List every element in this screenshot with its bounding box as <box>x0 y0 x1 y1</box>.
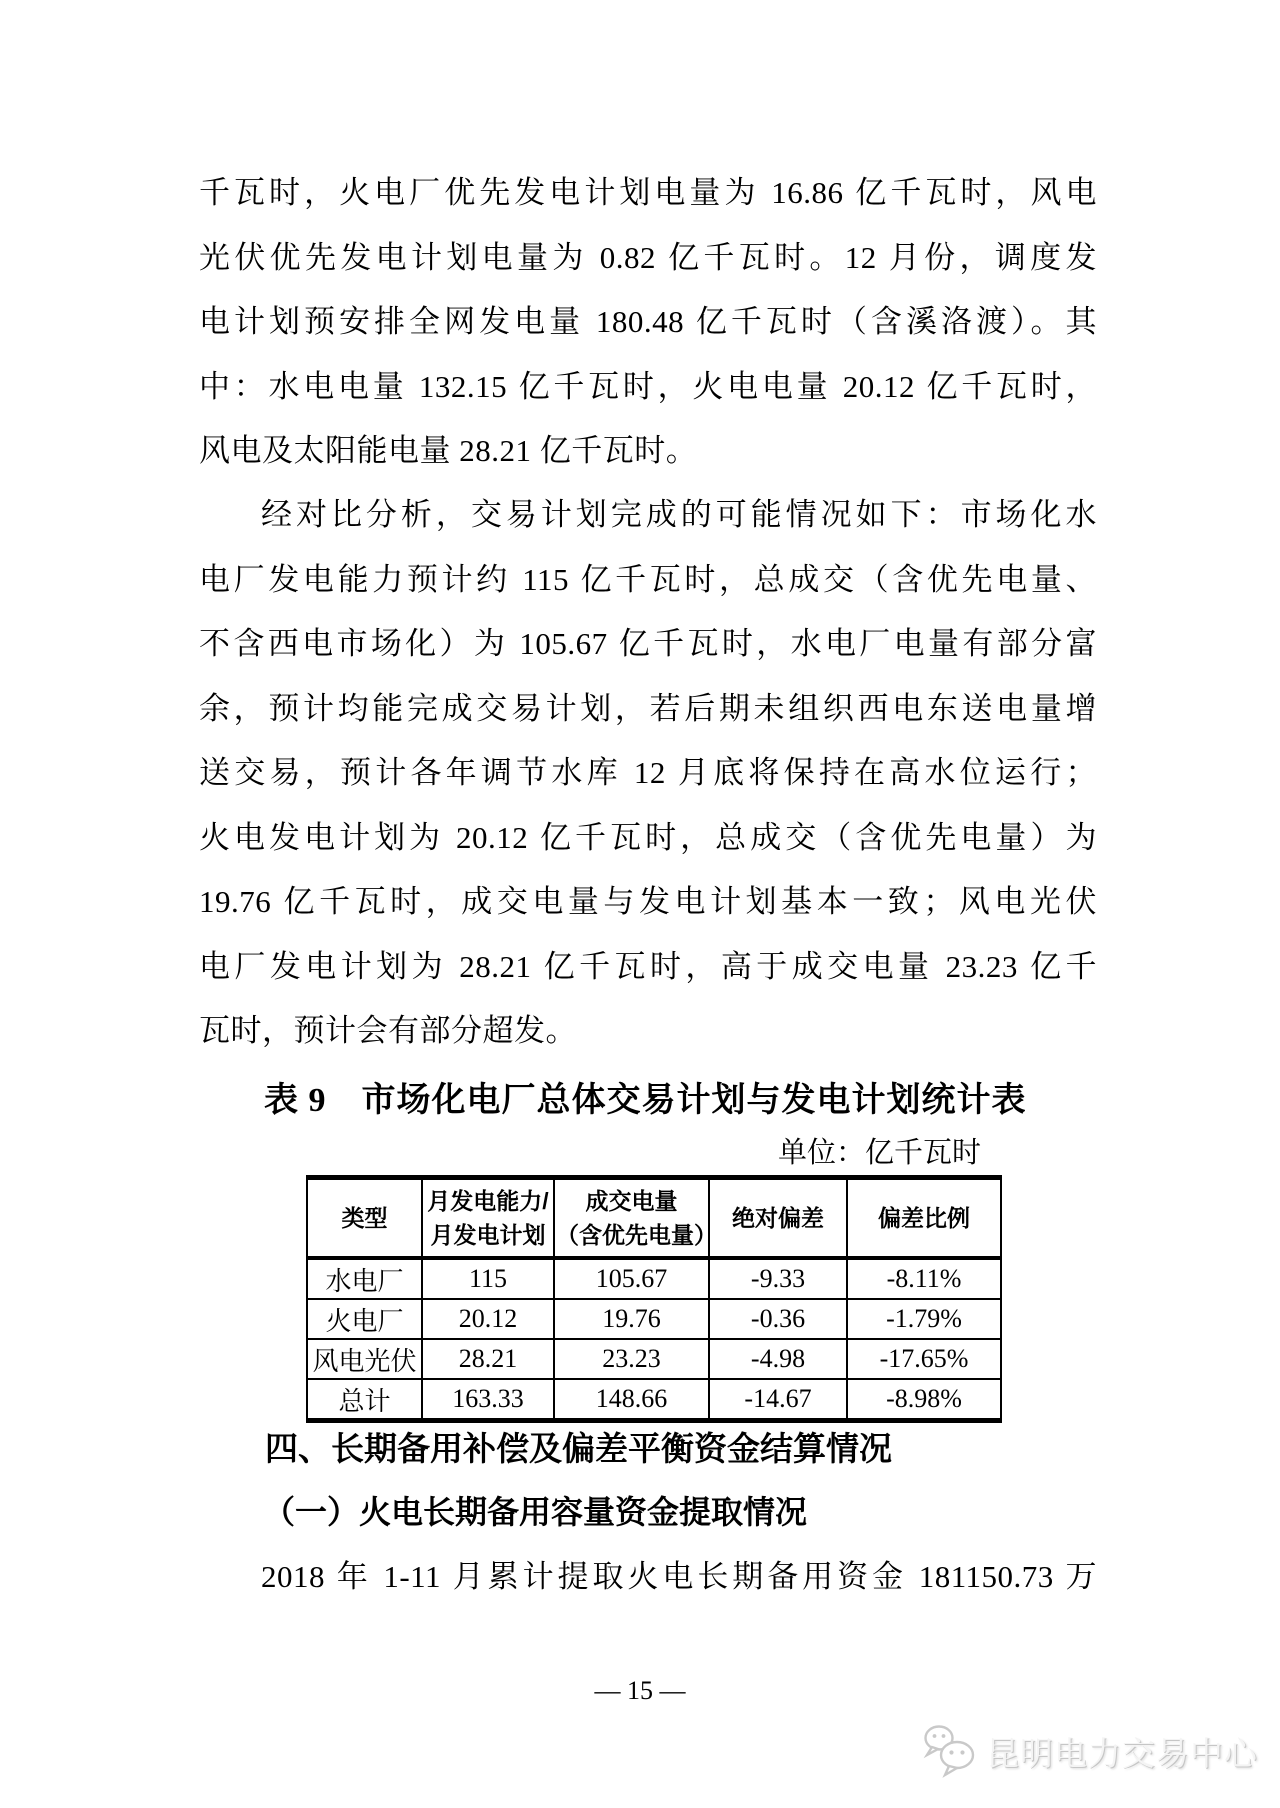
table-title: 表 9 市场化电厂总体交易计划与发电计划统计表 <box>264 1079 1027 1123</box>
table-row: 火电厂 20.12 19.76 -0.36 -1.79% <box>307 1299 1001 1339</box>
table-cell: 总计 <box>307 1379 422 1421</box>
table-header-row: 类型 月发电能力/ 月发电计划 成交电量 （含优先电量） 绝对偏差 偏差比例 <box>307 1178 1001 1259</box>
table-cell: 20.12 <box>422 1299 554 1339</box>
table-cell: 163.33 <box>422 1379 554 1421</box>
document-page: 千瓦时，火电厂优先发电计划电量为 16.86 亿千瓦时，风电 光伏优先发电计划电… <box>0 0 1280 1808</box>
table-cell: 28.21 <box>422 1339 554 1379</box>
table-cell: 水电厂 <box>307 1258 422 1299</box>
body-line: 余，预计均能完成交易计划，若后期未组织西电东送电量增 <box>199 677 1097 742</box>
table-cell: -9.33 <box>709 1258 847 1299</box>
wechat-icon <box>922 1724 978 1778</box>
table-body: 水电厂 115 105.67 -9.33 -8.11% 火电厂 20.12 19… <box>307 1258 1001 1421</box>
paragraph-3: 2018 年 1-11 月累计提取火电长期备用资金 181150.73 万 <box>199 1556 1097 1598</box>
body-line: 电厂发电能力预计约 115 亿千瓦时，总成交（含优先电量、 <box>199 548 1097 613</box>
table-row: 总计 163.33 148.66 -14.67 -8.98% <box>307 1379 1001 1421</box>
table-cell: -8.11% <box>847 1258 1001 1299</box>
table-cell: -4.98 <box>709 1339 847 1379</box>
table-cell: 105.67 <box>554 1258 709 1299</box>
body-line: 电计划预安排全网发电量 180.48 亿千瓦时（含溪洛渡）。其 <box>199 290 1097 355</box>
watermark: 昆明电力交易中心 <box>922 1724 1258 1778</box>
table-cell: -8.98% <box>847 1379 1001 1421</box>
paragraph-2: 经对比分析，交易计划完成的可能情况如下：市场化水 电厂发电能力预计约 115 亿… <box>199 483 1097 1064</box>
table-cell: 火电厂 <box>307 1299 422 1339</box>
table-cell: 23.23 <box>554 1339 709 1379</box>
table-header-cell: 成交电量 （含优先电量） <box>554 1178 709 1259</box>
paragraph-1: 千瓦时，火电厂优先发电计划电量为 16.86 亿千瓦时，风电 光伏优先发电计划电… <box>199 161 1097 484</box>
table-cell: -14.67 <box>709 1379 847 1421</box>
body-line: 不含西电市场化）为 105.67 亿千瓦时，水电厂电量有部分富 <box>199 612 1097 677</box>
body-line: 千瓦时，火电厂优先发电计划电量为 16.86 亿千瓦时，风电 <box>199 161 1097 226</box>
table-cell: 风电光伏 <box>307 1339 422 1379</box>
body-line: 光伏优先发电计划电量为 0.82 亿千瓦时。12 月份，调度发 <box>199 226 1097 291</box>
body-line: 火电发电计划为 20.12 亿千瓦时，总成交（含优先电量）为 <box>199 806 1097 871</box>
body-line: 经对比分析，交易计划完成的可能情况如下：市场化水 <box>199 483 1097 548</box>
watermark-text: 昆明电力交易中心 <box>986 1728 1258 1775</box>
table-cell: -1.79% <box>847 1299 1001 1339</box>
table-cell: 19.76 <box>554 1299 709 1339</box>
table-cell: 115 <box>422 1258 554 1299</box>
table-cell: -0.36 <box>709 1299 847 1339</box>
table-row: 风电光伏 28.21 23.23 -4.98 -17.65% <box>307 1339 1001 1379</box>
body-line: 送交易，预计各年调节水库 12 月底将保持在高水位运行； <box>199 741 1097 806</box>
subsection-heading: （一）火电长期备用容量资金提取情况 <box>199 1492 1097 1532</box>
table-header-cell: 偏差比例 <box>847 1178 1001 1259</box>
body-line: 瓦时，预计会有部分超发。 <box>199 999 1097 1064</box>
body-line: 中：水电电量 132.15 亿千瓦时，火电电量 20.12 亿千瓦时， <box>199 355 1097 420</box>
page-number: — 15 — <box>0 1676 1280 1706</box>
body-line: 风电及太阳能电量 28.21 亿千瓦时。 <box>199 419 1097 484</box>
body-line: 19.76 亿千瓦时，成交电量与发电计划基本一致；风电光伏 <box>199 870 1097 935</box>
table-cell: -17.65% <box>847 1339 1001 1379</box>
body-line: 电厂发电计划为 28.21 亿千瓦时，高于成交电量 23.23 亿千 <box>199 935 1097 1000</box>
table-header-cell: 类型 <box>307 1178 422 1259</box>
table-row: 水电厂 115 105.67 -9.33 -8.11% <box>307 1258 1001 1299</box>
table-cell: 148.66 <box>554 1379 709 1421</box>
table-header-cell: 绝对偏差 <box>709 1178 847 1259</box>
stats-table: 类型 月发电能力/ 月发电计划 成交电量 （含优先电量） 绝对偏差 偏差比例 水… <box>306 1175 1002 1423</box>
section-heading: 四、长期备用补偿及偏差平衡资金结算情况 <box>199 1429 1097 1469</box>
table-header-cell: 月发电能力/ 月发电计划 <box>422 1178 554 1259</box>
table-unit-label: 单位：亿千瓦时 <box>199 1136 981 1170</box>
